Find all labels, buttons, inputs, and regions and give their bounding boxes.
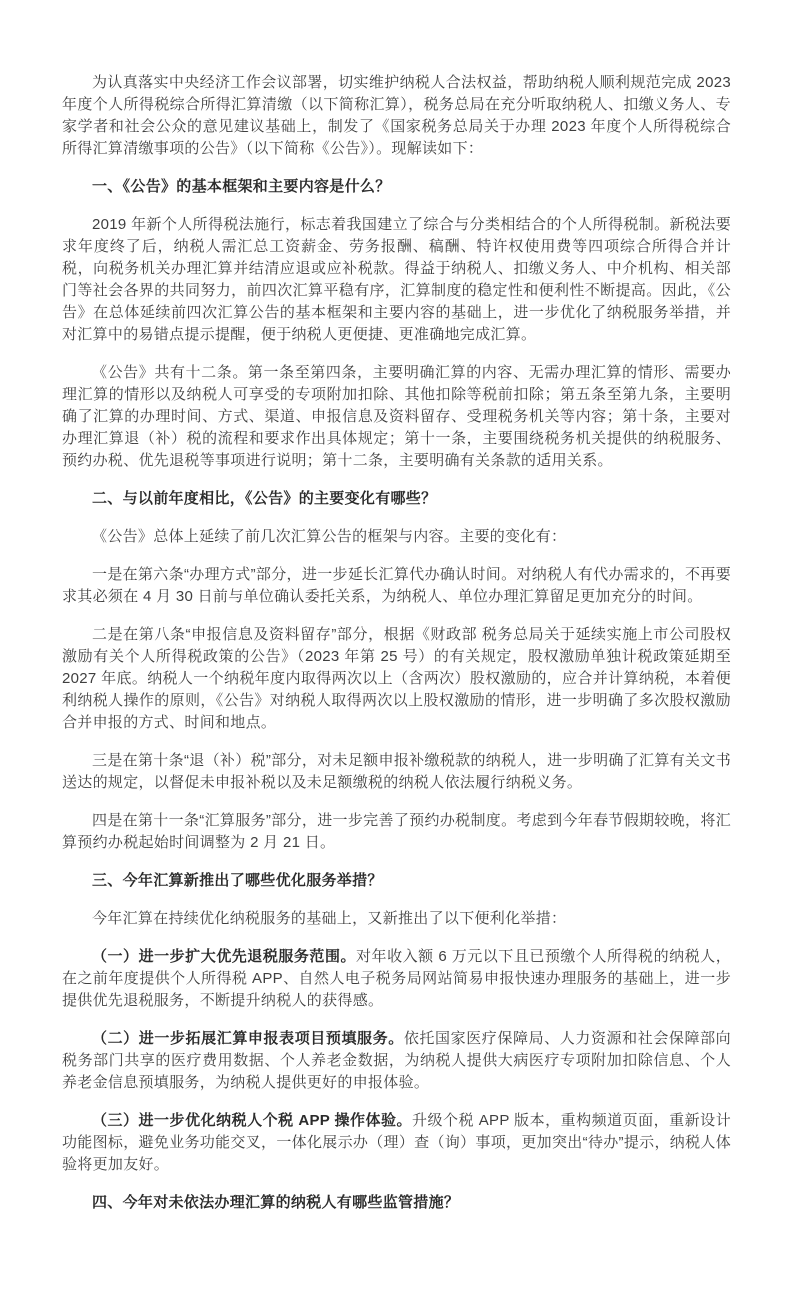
section-1-paragraph-1: 2019 年新个人所得税法施行，标志着我国建立了综合与分类相结合的个人所得税制。… — [62, 214, 731, 346]
section-2-paragraph-intro: 《公告》总体上延续了前几次汇算公告的框架与内容。主要的变化有： — [62, 526, 731, 548]
section-3-item-1: （一）进一步扩大优先退税服务范围。对年收入额 6 万元以下且已预缴个人所得税的纳… — [62, 946, 731, 1012]
section-3-paragraph-intro: 今年汇算在持续优化纳税服务的基础上，又新推出了以下便利化举措： — [62, 908, 731, 930]
section-4-heading: 四、今年对未依法办理汇算的纳税人有哪些监管措施？ — [62, 1192, 731, 1214]
intro-paragraph: 为认真落实中央经济工作会议部署，切实维护纳税人合法权益，帮助纳税人顺利规范完成 … — [62, 72, 731, 160]
section-3-item-1-lead: （一）进一步扩大优先退税服务范围。 — [92, 948, 356, 965]
section-3-item-3-lead: （三）进一步优化纳税人个税 APP 操作体验。 — [92, 1112, 412, 1129]
section-2-change-4: 四是在第十一条“汇算服务”部分，进一步完善了预约办税制度。考虑到今年春节假期较晚… — [62, 810, 731, 854]
section-1-heading: 一、《公告》的基本框架和主要内容是什么？ — [62, 176, 731, 198]
section-3-item-3: （三）进一步优化纳税人个税 APP 操作体验。升级个税 APP 版本，重构频道页… — [62, 1110, 731, 1176]
section-1-paragraph-2: 《公告》共有十二条。第一条至第四条，主要明确汇算的内容、无需办理汇算的情形、需要… — [62, 362, 731, 472]
section-2-heading: 二、与以前年度相比，《公告》的主要变化有哪些？ — [62, 488, 731, 510]
section-3-item-2: （二）进一步拓展汇算申报表项目预填服务。依托国家医疗保障局、人力资源和社会保障部… — [62, 1028, 731, 1094]
document-page: 为认真落实中央经济工作会议部署，切实维护纳税人合法权益，帮助纳税人顺利规范完成 … — [0, 0, 793, 1290]
section-2-change-3: 三是在第十条“退（补）税”部分，对未足额申报补缴税款的纳税人，进一步明确了汇算有… — [62, 750, 731, 794]
section-3-heading: 三、今年汇算新推出了哪些优化服务举措？ — [62, 870, 731, 892]
section-3-item-2-lead: （二）进一步拓展汇算申报表项目预填服务。 — [92, 1030, 404, 1047]
section-2-change-1: 一是在第六条“办理方式”部分，进一步延长汇算代办确认时间。对纳税人有代办需求的，… — [62, 564, 731, 608]
section-2-change-2: 二是在第八条“申报信息及资料留存”部分，根据《财政部 税务总局关于延续实施上市公… — [62, 624, 731, 734]
